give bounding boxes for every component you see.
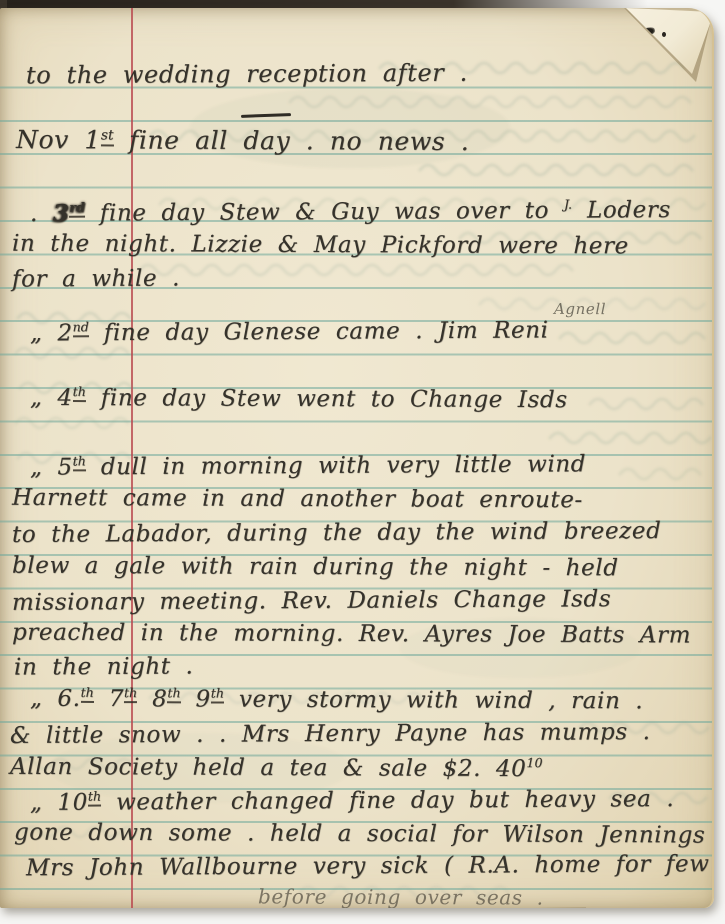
- handwriting-text: gone down some . held a social for Wilso…: [14, 819, 705, 848]
- handwriting-text: fine day Stew went to Change Isds: [86, 385, 568, 413]
- handwriting-line: missionary meeting. Rev. Daniels Change …: [12, 586, 611, 616]
- handwriting-text: 7: [94, 686, 124, 712]
- handwriting-text: preached in the morning. Rev. Ayres Joe …: [12, 620, 691, 649]
- handwriting-line: to the Labador, during the day the wind …: [12, 518, 662, 548]
- handwriting-text: Allan Society held a tea & sale $2. 40: [10, 754, 527, 782]
- handwriting-line: Mrs John Wallbourne very sick ( R.A. hom…: [26, 851, 714, 882]
- handwriting-text: th: [211, 685, 224, 703]
- handwriting-text: th: [167, 685, 180, 703]
- handwriting-text: „ 6.: [30, 686, 81, 712]
- handwriting-text: blew a gale with rain during the night -…: [12, 553, 619, 582]
- handwriting-text: & little snow . . Mrs Henry Payne has mu…: [10, 719, 651, 749]
- handwriting-text: „ 5: [30, 454, 73, 480]
- handwriting-line: Nov 1st fine all day . no news .: [16, 125, 469, 156]
- handwriting-text: Agnell: [554, 300, 606, 318]
- handwriting-text: 3: [53, 200, 70, 227]
- handwriting-line: „ 10th weather changed fine day but heav…: [30, 785, 674, 816]
- handwriting-text: fine day Stew & Guy was over to: [85, 198, 564, 227]
- handwriting-line: gone down some . held a social for Wilso…: [14, 819, 705, 848]
- handwriting-text: Harnett came in and another boat enroute…: [12, 485, 583, 513]
- handwriting-text: st: [101, 127, 114, 146]
- handwriting-line: & little snow . . Mrs Henry Payne has mu…: [10, 719, 651, 749]
- handwriting-line: blew a gale with rain during the night -…: [12, 553, 619, 582]
- handwriting-text: „ 2: [30, 320, 73, 346]
- handwriting-text: J.: [564, 197, 572, 212]
- handwriting-text: Mrs John Wallbourne very sick ( R.A. hom…: [26, 851, 714, 882]
- handwriting-line: Allan Society held a tea & sale $2. 4010: [10, 753, 543, 782]
- handwriting-text: .: [30, 201, 53, 227]
- handwriting-text: for a while .: [12, 265, 180, 292]
- diary-page: to the wedding reception after .Nov 1st …: [0, 8, 714, 908]
- handwriting-line: for a while .: [12, 265, 180, 292]
- handwriting-line: Agnell: [554, 300, 606, 318]
- handwriting-line: in the night .: [14, 653, 194, 680]
- handwriting-text: nd: [73, 319, 89, 337]
- scanned-diary-photo: to the wedding reception after .Nov 1st …: [0, 0, 725, 924]
- handwriting-text: in the night .: [14, 653, 194, 680]
- handwriting-text: Loders: [572, 197, 671, 224]
- handwriting-text: very stormy with wind , rain .: [224, 687, 643, 715]
- handwriting-text: missionary meeting. Rev. Daniels Change …: [12, 586, 611, 616]
- handwriting-line: „ 6.th 7th 8th 9th very stormy with wind…: [30, 685, 643, 715]
- handwriting-text: weather changed fine day but heavy sea .: [101, 786, 674, 816]
- handwriting-text: th: [88, 789, 101, 807]
- handwriting-text: th: [73, 453, 86, 471]
- handwriting-text: Nov 1: [16, 125, 101, 154]
- handwriting-text: th: [81, 685, 94, 703]
- handwriting-text: th: [73, 384, 86, 402]
- handwriting-line: Harnett came in and another boat enroute…: [12, 485, 583, 513]
- handwriting-line: in the night. Lizzie & May Pickford were…: [12, 231, 629, 260]
- handwriting-text: before going over seas .: [258, 884, 544, 908]
- handwriting-line: „ 4th fine day Stew went to Change Isds: [30, 384, 568, 413]
- handwriting-line: „ 5th dull in morning with very little w…: [30, 450, 586, 480]
- handwriting-line: „ 2nd fine day Glenese came . Jim Reni: [30, 316, 549, 346]
- handwriting-text: in the night. Lizzie & May Pickford were…: [12, 231, 629, 260]
- handwriting-line: preached in the morning. Rev. Ayres Joe …: [12, 620, 691, 649]
- handwriting-text: dull in morning with very little wind: [86, 451, 586, 480]
- handwriting-layer: to the wedding reception after .Nov 1st …: [0, 8, 712, 908]
- handwriting-text: fine day Glenese came . Jim Reni: [89, 317, 549, 346]
- handwriting-text: 9: [181, 686, 211, 712]
- handwriting-text: 10: [526, 755, 542, 770]
- handwriting-text: to the wedding reception after .: [26, 59, 468, 90]
- handwriting-line: before going over seas .: [258, 884, 544, 908]
- handwriting-text: „ 4: [30, 385, 73, 411]
- handwriting-text: th: [124, 685, 137, 703]
- handwriting-line: to the wedding reception after .: [26, 59, 468, 90]
- handwriting-line: . 3rd fine day Stew & Guy was over to J.…: [30, 196, 671, 227]
- handwriting-text: „ 10: [30, 790, 88, 816]
- handwriting-text: rd: [69, 200, 85, 218]
- handwriting-text: fine all day . no news .: [113, 125, 469, 156]
- handwriting-text: to the Labador, during the day the wind …: [12, 518, 662, 548]
- handwriting-text: 8: [137, 686, 167, 712]
- ink-dot: [662, 32, 666, 37]
